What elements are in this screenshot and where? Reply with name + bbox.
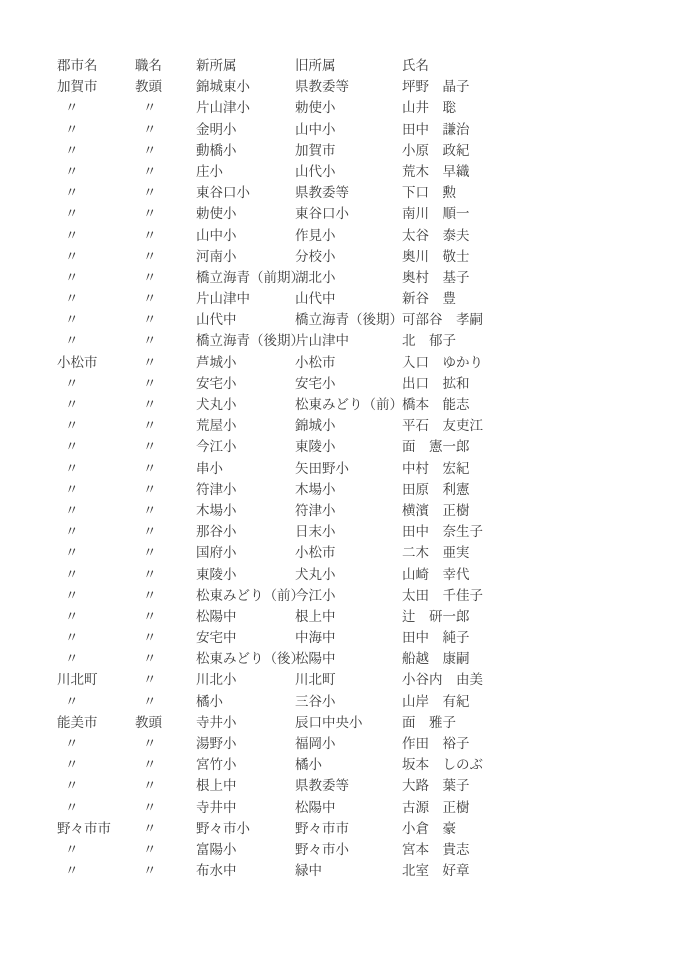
cell-old-school: 日末小 (295, 522, 402, 543)
cell-name: 太田 千佳子 (402, 586, 647, 607)
cell-job-title: 教頭 (135, 77, 196, 98)
cell-job-title: 〃 (135, 120, 196, 141)
cell-district: 〃 (57, 501, 135, 522)
cell-district: 〃 (57, 607, 135, 628)
cell-new-school: 木場小 (196, 501, 295, 522)
cell-district: 〃 (57, 734, 135, 755)
cell-district: 〃 (57, 565, 135, 586)
cell-job-title: 〃 (135, 226, 196, 247)
table-row: 〃〃山代中橋立海青（後期）可部谷 孝嗣 (57, 310, 647, 331)
cell-district: 〃 (57, 649, 135, 670)
cell-job-title: 〃 (135, 734, 196, 755)
cell-new-school: 安宅小 (196, 374, 295, 395)
cell-name: 横濱 正樹 (402, 501, 647, 522)
cell-old-school: 安宅小 (295, 374, 402, 395)
cell-old-school: 橋立海青（後期） (295, 310, 402, 331)
cell-old-school: 緑中 (295, 861, 402, 882)
table-row: 〃〃宮竹小橘小坂本 しのぶ (57, 755, 647, 776)
cell-new-school: 勅使小 (196, 204, 295, 225)
cell-old-school: 橘小 (295, 755, 402, 776)
cell-new-school: 根上中 (196, 776, 295, 797)
table-row: 〃〃河南小分校小奥川 敬士 (57, 247, 647, 268)
cell-name: 出口 拡和 (402, 374, 647, 395)
cell-name: 可部谷 孝嗣 (402, 310, 647, 331)
cell-job-title: 〃 (135, 522, 196, 543)
cell-new-school: 片山津小 (196, 98, 295, 119)
cell-new-school: 片山津中 (196, 289, 295, 310)
cell-old-school: 小松市 (295, 353, 402, 374)
cell-new-school: 宮竹小 (196, 755, 295, 776)
cell-district: 〃 (57, 268, 135, 289)
cell-job-title: 教頭 (135, 713, 196, 734)
cell-old-school: 矢田野小 (295, 459, 402, 480)
cell-old-school: 松陽中 (295, 798, 402, 819)
cell-old-school: 辰口中央小 (295, 713, 402, 734)
cell-district: 〃 (57, 374, 135, 395)
cell-name: 宮本 貴志 (402, 840, 647, 861)
cell-old-school: 犬丸小 (295, 565, 402, 586)
cell-name: 下口 勲 (402, 183, 647, 204)
cell-old-school: 三谷小 (295, 692, 402, 713)
table-row: 〃〃橘小三谷小山岸 有紀 (57, 692, 647, 713)
cell-district: 〃 (57, 162, 135, 183)
header-district: 郡市名 (57, 56, 135, 77)
cell-job-title: 〃 (135, 268, 196, 289)
table-row: 〃〃金明小山中小田中 謙治 (57, 120, 647, 141)
cell-new-school: 那谷小 (196, 522, 295, 543)
cell-new-school: 東谷口小 (196, 183, 295, 204)
cell-district: 〃 (57, 628, 135, 649)
cell-new-school: 金明小 (196, 120, 295, 141)
cell-new-school: 安宅中 (196, 628, 295, 649)
cell-job-title: 〃 (135, 776, 196, 797)
cell-district: 小松市 (57, 353, 135, 374)
table-row: 〃〃富陽小野々市小宮本 貴志 (57, 840, 647, 861)
table-row: 〃〃今江小東陵小面 憲一郎 (57, 437, 647, 458)
table-row: 〃〃動橋小加賀市小原 政紀 (57, 141, 647, 162)
cell-old-school: 東谷口小 (295, 204, 402, 225)
cell-job-title: 〃 (135, 628, 196, 649)
cell-old-school: 錦城小 (295, 416, 402, 437)
cell-district: 〃 (57, 120, 135, 141)
cell-old-school: 野々市小 (295, 840, 402, 861)
cell-job-title: 〃 (135, 501, 196, 522)
cell-name: 山崎 幸代 (402, 565, 647, 586)
cell-old-school: 符津小 (295, 501, 402, 522)
cell-old-school: 福岡小 (295, 734, 402, 755)
cell-new-school: 串小 (196, 459, 295, 480)
cell-district: 〃 (57, 861, 135, 882)
cell-job-title: 〃 (135, 692, 196, 713)
table-row: 〃〃庄小山代小荒木 早織 (57, 162, 647, 183)
cell-old-school: 分校小 (295, 247, 402, 268)
personnel-transfer-document: 郡市名 職名 新所属 旧所属 氏名 加賀市教頭錦城東小県教委等坪野 晶子〃〃片山… (0, 0, 680, 961)
cell-district: 〃 (57, 543, 135, 564)
cell-district: 〃 (57, 459, 135, 480)
cell-old-school: 県教委等 (295, 77, 402, 98)
cell-name: 荒木 早織 (402, 162, 647, 183)
cell-job-title: 〃 (135, 861, 196, 882)
cell-new-school: 河南小 (196, 247, 295, 268)
cell-new-school: 符津小 (196, 480, 295, 501)
table-row: 川北町〃川北小川北町小谷内 由美 (57, 670, 647, 691)
cell-job-title: 〃 (135, 183, 196, 204)
cell-new-school: 橘小 (196, 692, 295, 713)
table-row: 〃〃安宅中中海中田中 純子 (57, 628, 647, 649)
cell-district: 〃 (57, 586, 135, 607)
cell-job-title: 〃 (135, 395, 196, 416)
cell-old-school: 野々市市 (295, 819, 402, 840)
cell-name: 南川 順一 (402, 204, 647, 225)
cell-name: 小谷内 由美 (402, 670, 647, 691)
cell-job-title: 〃 (135, 755, 196, 776)
cell-job-title: 〃 (135, 819, 196, 840)
cell-job-title: 〃 (135, 480, 196, 501)
cell-district: 〃 (57, 141, 135, 162)
cell-new-school: 橋立海青（前期） (196, 268, 295, 289)
cell-district: 〃 (57, 776, 135, 797)
cell-job-title: 〃 (135, 98, 196, 119)
cell-name: 田中 謙治 (402, 120, 647, 141)
header-name: 氏名 (402, 56, 647, 77)
cell-new-school: 布水中 (196, 861, 295, 882)
cell-name: 北 郁子 (402, 331, 647, 352)
cell-job-title: 〃 (135, 353, 196, 374)
cell-new-school: 動橋小 (196, 141, 295, 162)
cell-old-school: 山中小 (295, 120, 402, 141)
table-row: 〃〃橋立海青（前期）湖北小奥村 基子 (57, 268, 647, 289)
cell-name: 面 雅子 (402, 713, 647, 734)
table-row: 〃〃根上中県教委等大路 葉子 (57, 776, 647, 797)
cell-old-school: 勅使小 (295, 98, 402, 119)
table-row: 〃〃片山津小勅使小山井 聡 (57, 98, 647, 119)
cell-name: 面 憲一郎 (402, 437, 647, 458)
cell-old-school: 小松市 (295, 543, 402, 564)
cell-name: 辻 研一郎 (402, 607, 647, 628)
cell-old-school: 今江小 (295, 586, 402, 607)
cell-old-school: 山代小 (295, 162, 402, 183)
cell-name: 山井 聡 (402, 98, 647, 119)
table-row: 〃〃橋立海青（後期）片山津中北 郁子 (57, 331, 647, 352)
table-row: 〃〃松東みどり（後）松陽中船越 康嗣 (57, 649, 647, 670)
cell-name: 奥村 基子 (402, 268, 647, 289)
cell-old-school: 中海中 (295, 628, 402, 649)
cell-old-school: 湖北小 (295, 268, 402, 289)
cell-district: 能美市 (57, 713, 135, 734)
cell-name: 坂本 しのぶ (402, 755, 647, 776)
cell-new-school: 荒屋小 (196, 416, 295, 437)
table-row: 加賀市教頭錦城東小県教委等坪野 晶子 (57, 77, 647, 98)
cell-name: 田中 奈生子 (402, 522, 647, 543)
cell-job-title: 〃 (135, 543, 196, 564)
cell-district: 〃 (57, 289, 135, 310)
cell-new-school: 野々市小 (196, 819, 295, 840)
cell-name: 船越 康嗣 (402, 649, 647, 670)
table-row: 〃〃片山津中山代中新谷 豊 (57, 289, 647, 310)
cell-district: 〃 (57, 755, 135, 776)
cell-new-school: 橋立海青（後期） (196, 331, 295, 352)
cell-district: 加賀市 (57, 77, 135, 98)
cell-old-school: 川北町 (295, 670, 402, 691)
cell-job-title: 〃 (135, 649, 196, 670)
table-row: 野々市市〃野々市小野々市市小倉 豪 (57, 819, 647, 840)
table-row: 〃〃松東みどり（前）今江小太田 千佳子 (57, 586, 647, 607)
cell-old-school: 松東みどり（前） (295, 395, 402, 416)
cell-new-school: 山代中 (196, 310, 295, 331)
cell-new-school: 寺井中 (196, 798, 295, 819)
table-row: 〃〃布水中緑中北室 好章 (57, 861, 647, 882)
cell-old-school: 根上中 (295, 607, 402, 628)
cell-old-school: 県教委等 (295, 183, 402, 204)
cell-new-school: 山中小 (196, 226, 295, 247)
cell-new-school: 松陽中 (196, 607, 295, 628)
cell-job-title: 〃 (135, 840, 196, 861)
cell-job-title: 〃 (135, 586, 196, 607)
cell-name: 中村 宏紀 (402, 459, 647, 480)
cell-old-school: 松陽中 (295, 649, 402, 670)
cell-new-school: 松東みどり（前） (196, 586, 295, 607)
table-body: 加賀市教頭錦城東小県教委等坪野 晶子〃〃片山津小勅使小山井 聡〃〃金明小山中小田… (57, 77, 647, 882)
cell-district: 野々市市 (57, 819, 135, 840)
cell-district: 〃 (57, 247, 135, 268)
table-row: 〃〃寺井中松陽中古源 正樹 (57, 798, 647, 819)
table-row: 〃〃湯野小福岡小作田 裕子 (57, 734, 647, 755)
table-row: 〃〃安宅小安宅小出口 拡和 (57, 374, 647, 395)
cell-new-school: 湯野小 (196, 734, 295, 755)
cell-new-school: 東陵小 (196, 565, 295, 586)
cell-job-title: 〃 (135, 416, 196, 437)
cell-name: 入口 ゆかり (402, 353, 647, 374)
cell-name: 坪野 晶子 (402, 77, 647, 98)
cell-job-title: 〃 (135, 670, 196, 691)
cell-job-title: 〃 (135, 331, 196, 352)
cell-name: 北室 好章 (402, 861, 647, 882)
cell-district: 〃 (57, 204, 135, 225)
cell-new-school: 今江小 (196, 437, 295, 458)
cell-name: 小倉 豪 (402, 819, 647, 840)
cell-job-title: 〃 (135, 310, 196, 331)
cell-job-title: 〃 (135, 459, 196, 480)
cell-district: 〃 (57, 840, 135, 861)
cell-new-school: 庄小 (196, 162, 295, 183)
cell-name: 古源 正樹 (402, 798, 647, 819)
cell-name: 橋本 能志 (402, 395, 647, 416)
cell-name: 二木 亜実 (402, 543, 647, 564)
table-row: 〃〃荒屋小錦城小平石 友吏江 (57, 416, 647, 437)
cell-old-school: 加賀市 (295, 141, 402, 162)
cell-name: 田中 純子 (402, 628, 647, 649)
cell-name: 作田 裕子 (402, 734, 647, 755)
cell-job-title: 〃 (135, 565, 196, 586)
cell-job-title: 〃 (135, 141, 196, 162)
table-row: 〃〃串小矢田野小中村 宏紀 (57, 459, 647, 480)
cell-district: 〃 (57, 183, 135, 204)
table-row: 〃〃東谷口小県教委等下口 勲 (57, 183, 647, 204)
cell-district: 〃 (57, 310, 135, 331)
table-row: 〃〃松陽中根上中辻 研一郎 (57, 607, 647, 628)
cell-job-title: 〃 (135, 798, 196, 819)
table-row: 〃〃那谷小日末小田中 奈生子 (57, 522, 647, 543)
table-row: 〃〃東陵小犬丸小山崎 幸代 (57, 565, 647, 586)
table-row: 小松市〃芦城小小松市入口 ゆかり (57, 353, 647, 374)
table-header-row: 郡市名 職名 新所属 旧所属 氏名 (57, 56, 647, 77)
cell-district: 〃 (57, 416, 135, 437)
cell-job-title: 〃 (135, 204, 196, 225)
cell-job-title: 〃 (135, 162, 196, 183)
cell-district: 〃 (57, 692, 135, 713)
table-row: 能美市教頭寺井小辰口中央小面 雅子 (57, 713, 647, 734)
table-row: 〃〃犬丸小松東みどり（前）橋本 能志 (57, 395, 647, 416)
header-new-school: 新所属 (196, 56, 295, 77)
cell-new-school: 錦城東小 (196, 77, 295, 98)
cell-job-title: 〃 (135, 607, 196, 628)
cell-old-school: 片山津中 (295, 331, 402, 352)
table-row: 〃〃山中小作見小太谷 泰夫 (57, 226, 647, 247)
cell-job-title: 〃 (135, 374, 196, 395)
cell-new-school: 芦城小 (196, 353, 295, 374)
transfer-table: 郡市名 職名 新所属 旧所属 氏名 加賀市教頭錦城東小県教委等坪野 晶子〃〃片山… (57, 56, 647, 882)
cell-district: 〃 (57, 98, 135, 119)
cell-name: 小原 政紀 (402, 141, 647, 162)
cell-district: 〃 (57, 798, 135, 819)
cell-district: 〃 (57, 522, 135, 543)
cell-name: 平石 友吏江 (402, 416, 647, 437)
header-old-school: 旧所属 (295, 56, 402, 77)
cell-old-school: 県教委等 (295, 776, 402, 797)
cell-district: 〃 (57, 395, 135, 416)
cell-job-title: 〃 (135, 289, 196, 310)
cell-district: 〃 (57, 226, 135, 247)
cell-name: 新谷 豊 (402, 289, 647, 310)
cell-new-school: 川北小 (196, 670, 295, 691)
header-job-title: 職名 (135, 56, 196, 77)
cell-new-school: 犬丸小 (196, 395, 295, 416)
table-row: 〃〃勅使小東谷口小南川 順一 (57, 204, 647, 225)
cell-district: 〃 (57, 437, 135, 458)
cell-new-school: 松東みどり（後） (196, 649, 295, 670)
table-row: 〃〃木場小符津小横濱 正樹 (57, 501, 647, 522)
cell-district: 川北町 (57, 670, 135, 691)
cell-district: 〃 (57, 331, 135, 352)
cell-name: 田原 利憲 (402, 480, 647, 501)
cell-name: 奥川 敬士 (402, 247, 647, 268)
cell-old-school: 山代中 (295, 289, 402, 310)
cell-job-title: 〃 (135, 247, 196, 268)
cell-new-school: 富陽小 (196, 840, 295, 861)
cell-district: 〃 (57, 480, 135, 501)
cell-job-title: 〃 (135, 437, 196, 458)
cell-name: 太谷 泰夫 (402, 226, 647, 247)
table-row: 〃〃国府小小松市二木 亜実 (57, 543, 647, 564)
cell-old-school: 作見小 (295, 226, 402, 247)
cell-new-school: 寺井小 (196, 713, 295, 734)
cell-old-school: 東陵小 (295, 437, 402, 458)
cell-name: 大路 葉子 (402, 776, 647, 797)
cell-new-school: 国府小 (196, 543, 295, 564)
table-row: 〃〃符津小木場小田原 利憲 (57, 480, 647, 501)
cell-name: 山岸 有紀 (402, 692, 647, 713)
cell-old-school: 木場小 (295, 480, 402, 501)
